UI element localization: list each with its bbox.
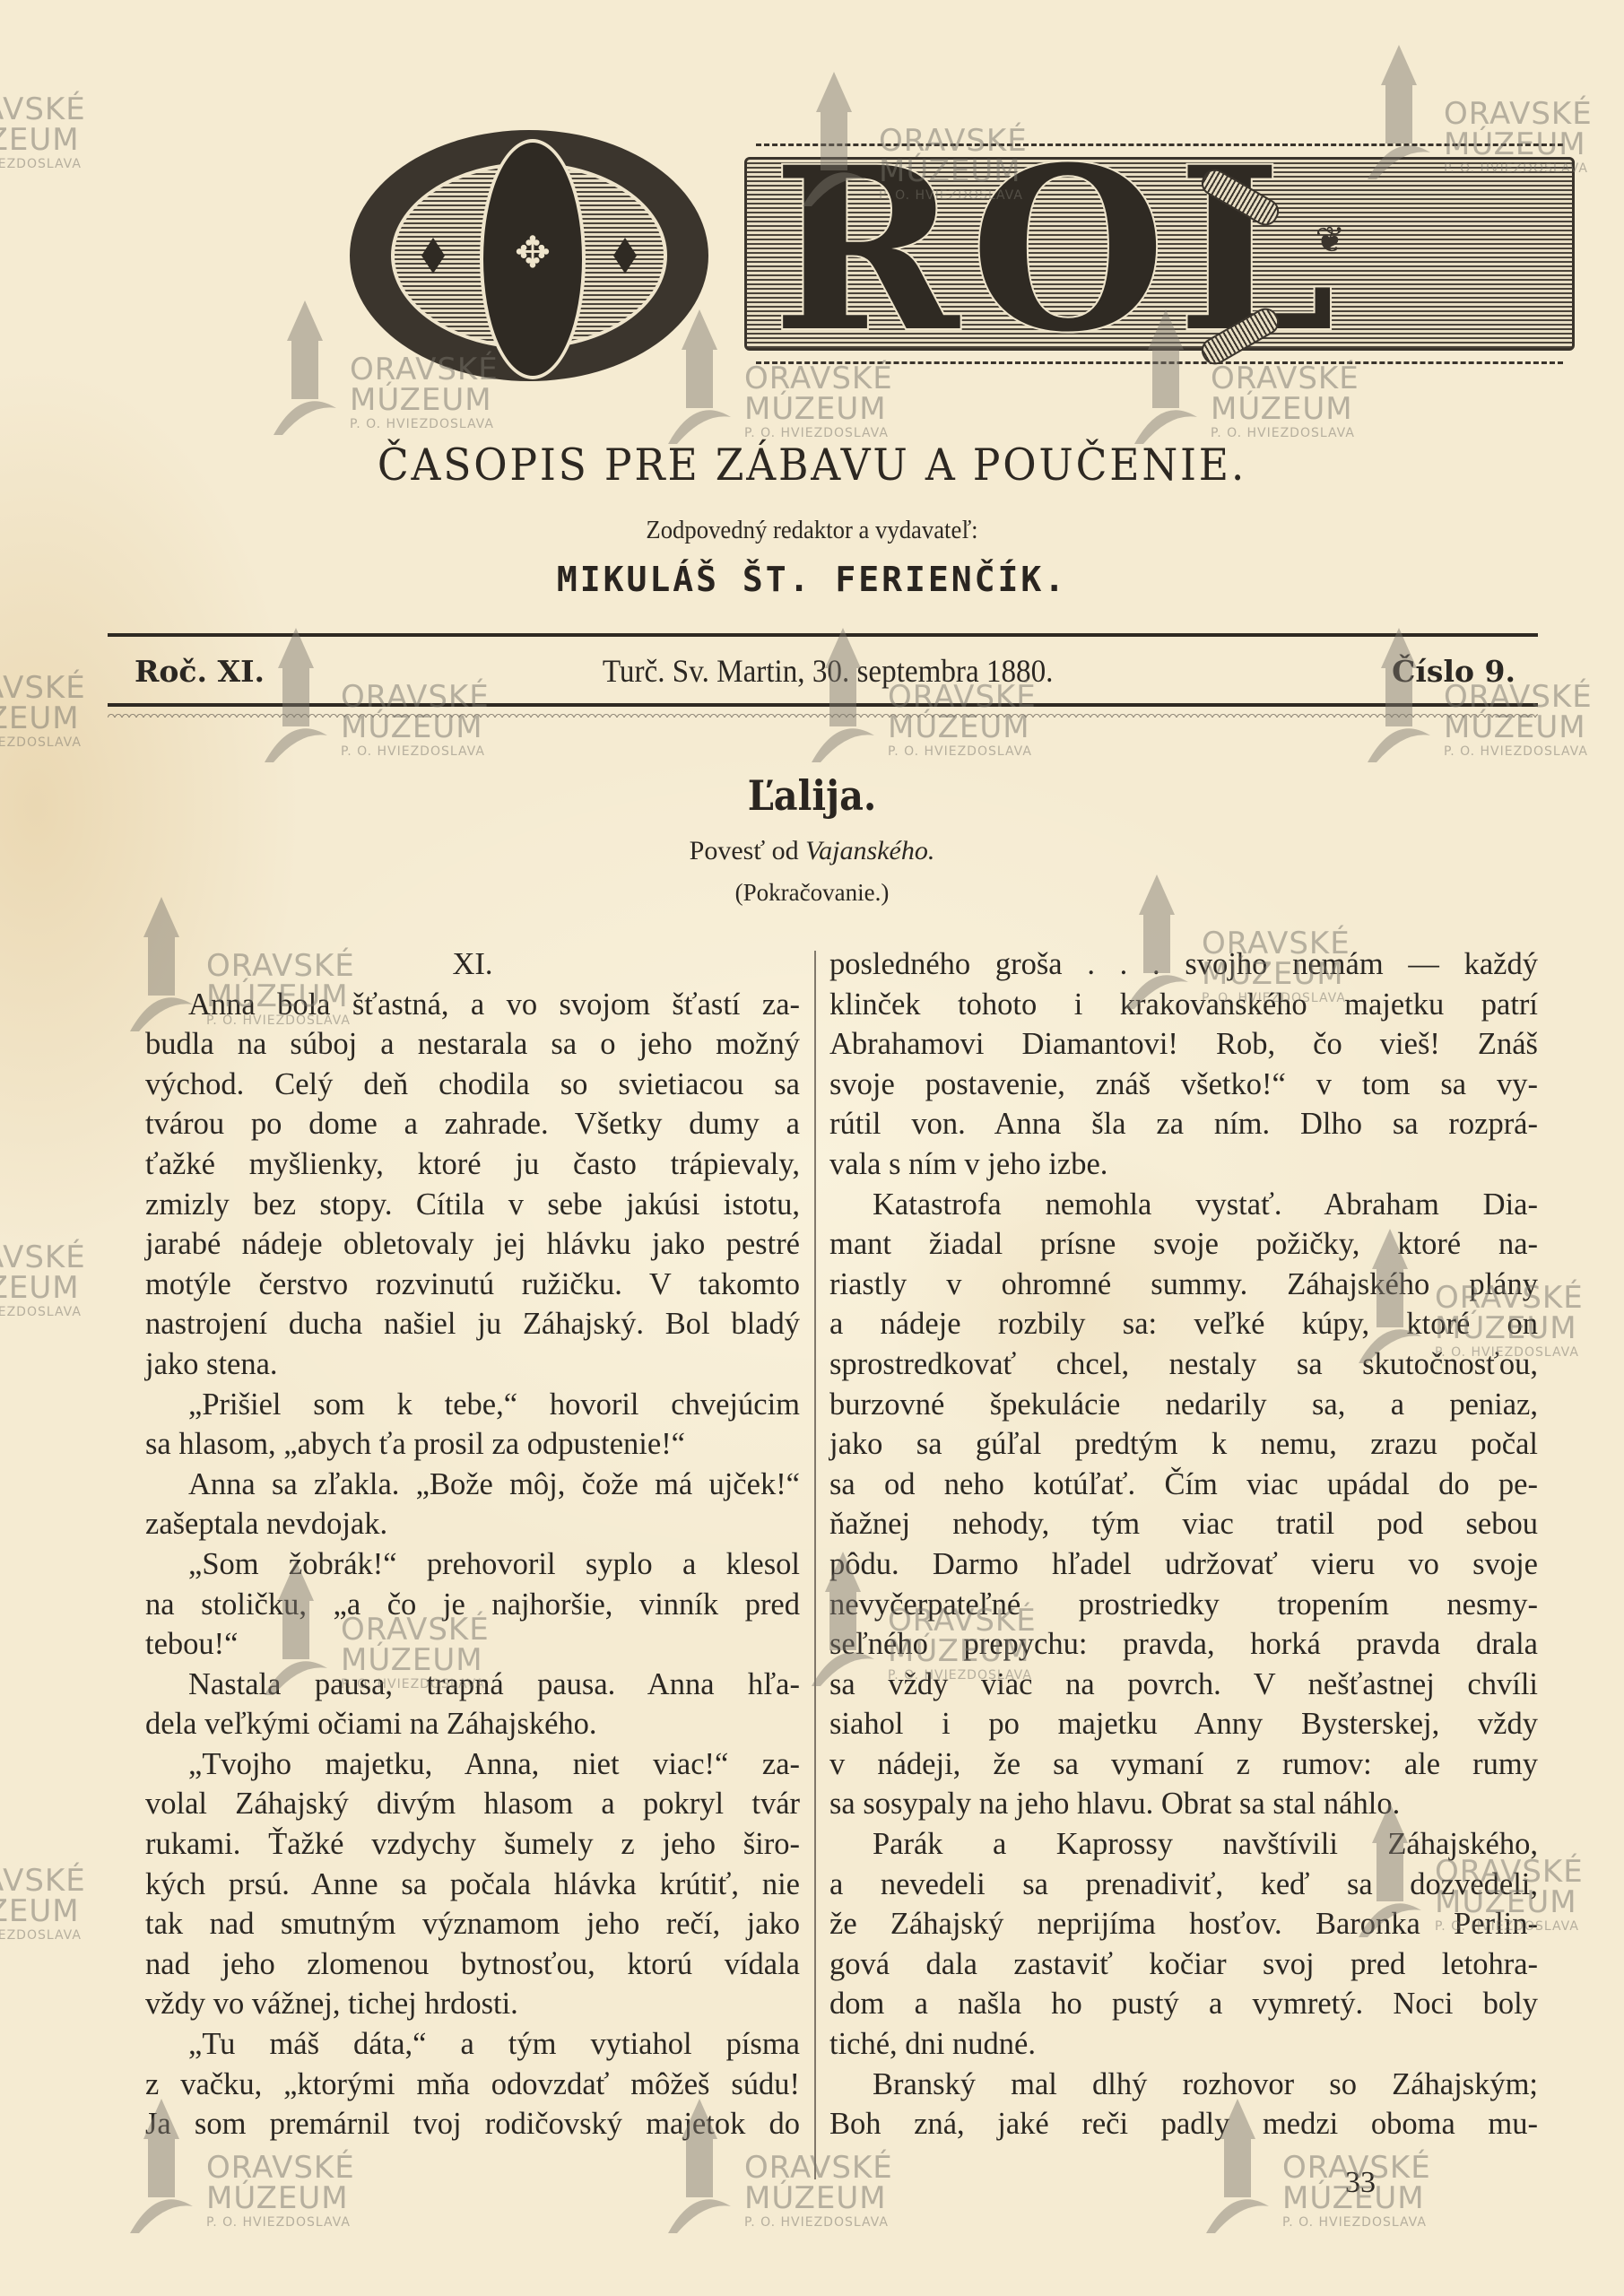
masthead-logo: R O L ❦ bbox=[296, 121, 1318, 390]
text-line: ťažké myšlienky, ktoré ju často trápieva… bbox=[145, 1144, 800, 1185]
volume-label: Roč. XI. bbox=[135, 654, 265, 689]
watermark-text: MÚZEUM bbox=[744, 394, 893, 424]
watermark-text: ORAVSKÉ bbox=[0, 673, 86, 703]
ornamental-o-initial bbox=[350, 130, 708, 381]
watermark-text: ORAVSKÉ bbox=[0, 94, 86, 125]
text-line: dom a našla ho pustý a vymretý. Noci bol… bbox=[829, 1984, 1538, 2024]
text-line: tak nad smutným významom jeho rečí, jako bbox=[145, 1904, 800, 1944]
editor-name: MIKULÁŠ ŠT. FERIENČÍK. bbox=[0, 560, 1624, 599]
issue-number: Číslo 9. bbox=[1392, 654, 1515, 689]
text-line: a nevedeli sa prenadiviť, keď sa dozvede… bbox=[829, 1865, 1538, 1905]
museum-watermark: ORAVSKÉMÚZEUMP. O. HVIEZDOSLAVA bbox=[206, 2152, 355, 2229]
chapter-heading: XI. bbox=[145, 944, 800, 985]
museum-watermark: ORAVSKÉMÚZEUMP. O. HVIEZDOSLAVA bbox=[0, 1865, 86, 1942]
masthead-letter: O bbox=[970, 137, 1175, 361]
text-line: klinček tohoto i krakovanského majetku p… bbox=[829, 985, 1538, 1025]
watermark-text: MÚZEUM bbox=[0, 125, 86, 155]
watermark-text: P. O. HVIEZDOSLAVA bbox=[0, 1929, 86, 1942]
text-line: „Prišiel som k tebe,“ hovoril chvejúcim bbox=[145, 1385, 800, 1425]
text-line: sprostredkovať chcel, nestaly sa skutočn… bbox=[829, 1344, 1538, 1385]
text-line: sa hlasom, „abych ťa prosil za odpusteni… bbox=[145, 1424, 800, 1465]
article-byline: Povesť od Vajanského. bbox=[0, 836, 1624, 866]
watermark-text: P. O. HVIEZDOSLAVA bbox=[744, 427, 893, 439]
column-divider bbox=[814, 951, 816, 2179]
text-line: rukami. Ťažké vzdychy šumely z jeho širo… bbox=[145, 1824, 800, 1865]
text-line: „Tu máš dáta,“ a tým vytiahol písma bbox=[145, 2024, 800, 2065]
flourish-icon: ❦ bbox=[1315, 220, 1345, 261]
text-line: a nádeje rozbily sa: veľké kúpy, ktoré o… bbox=[829, 1304, 1538, 1344]
text-line: východ. Celý deň chodila so svietiacou s… bbox=[145, 1065, 800, 1105]
text-line: sa vždy viac na povrch. V nešťastnej chv… bbox=[829, 1665, 1538, 1705]
text-line: v nádeji, že sa vymaní z rumov: ale rumy bbox=[829, 1744, 1538, 1785]
article-column-right: posledného groša . . . svojho nemám — ka… bbox=[829, 944, 1538, 2144]
text-line: že Záhajský neprijíma hosťov. Baronka Pe… bbox=[829, 1904, 1538, 1944]
editor-label: Zodpovedný redaktor a vydavateľ: bbox=[65, 516, 1559, 545]
watermark-text: P. O. HVIEZDOSLAVA bbox=[0, 736, 86, 749]
text-line: siahol i po majetku Anny Bysterskej, vžd… bbox=[829, 1704, 1538, 1744]
article-title: Ľalija. bbox=[82, 771, 1543, 820]
text-line: vždy vo vážnej, tichej hrdosti. bbox=[145, 1984, 800, 2024]
text-line: jako stena. bbox=[145, 1344, 800, 1385]
text-line: nastrojení ducha našiel ju Záhajský. Bol… bbox=[145, 1304, 800, 1344]
text-line: Ja som premárnil tvoj rodičovský majetok… bbox=[145, 2104, 800, 2144]
wavy-rule bbox=[108, 710, 1538, 717]
text-line: dela veľkými očiami na Záhajského. bbox=[145, 1704, 800, 1744]
watermark-text: ORAVSKÉ bbox=[206, 2152, 355, 2183]
text-line: ňažnej nehody, tým viac tratil pod sebou bbox=[829, 1504, 1538, 1544]
text-line: Abrahamovi Diamantovi! Rob, čo vieš! Zná… bbox=[829, 1024, 1538, 1065]
museum-watermark: ORAVSKÉMÚZEUMP. O. HVIEZDOSLAVA bbox=[744, 2152, 893, 2229]
watermark-text: MÚZEUM bbox=[1211, 394, 1359, 424]
watermark-text: P. O. HVIEZDOSLAVA bbox=[744, 2216, 893, 2229]
text-line: burzovné špekulácie nedarily sa, a penia… bbox=[829, 1385, 1538, 1425]
watermark-text: MÚZEUM bbox=[0, 1273, 86, 1303]
text-line: „Som žobrák!“ prehovoril syplo a klesol bbox=[145, 1544, 800, 1585]
watermark-text: P. O. HVIEZDOSLAVA bbox=[341, 745, 490, 758]
header-rule-bottom bbox=[108, 703, 1538, 707]
text-line: riastly v ohromné summy. Záhajského plán… bbox=[829, 1265, 1538, 1305]
text-line: jarabé nádeje obletovaly jej hlávku jako… bbox=[145, 1224, 800, 1265]
watermark-text: ORAVSKÉ bbox=[1444, 99, 1593, 129]
watermark-text: MÚZEUM bbox=[0, 703, 86, 734]
watermark-text: ORAVSKÉ bbox=[0, 1242, 86, 1273]
text-line: sa sosypaly na jeho hlavu. Obrat sa stal… bbox=[829, 1784, 1538, 1824]
text-line: rútil von. Anna šla za ním. Dlho sa rozp… bbox=[829, 1104, 1538, 1144]
text-line: vala s ním v jeho izbe. bbox=[829, 1144, 1538, 1185]
header-rule-top bbox=[108, 633, 1538, 637]
text-line: motýle čerstvo rozvinutú ružičku. V tako… bbox=[145, 1265, 800, 1305]
byline-prefix: Povesť od bbox=[690, 836, 799, 865]
text-line: gová dala zastaviť kočiar svoj pred leto… bbox=[829, 1944, 1538, 1985]
text-line: sa od neho kotúľať. Čím viac upádal do p… bbox=[829, 1465, 1538, 1505]
text-line: kých prsú. Anne sa počala hlávka krútiť,… bbox=[145, 1865, 800, 1905]
watermark-text: P. O. HVIEZDOSLAVA bbox=[888, 745, 1037, 758]
text-line: posledného groša . . . svojho nemám — ka… bbox=[829, 944, 1538, 985]
text-line: nad jeho zlomenou bytnosťou, ktorú vídal… bbox=[145, 1944, 800, 1985]
watermark-text: P. O. HVIEZDOSLAVA bbox=[0, 158, 86, 170]
watermark-text: P. O. HVIEZDOSLAVA bbox=[1282, 2216, 1431, 2229]
floral-ornament-icon bbox=[480, 139, 586, 379]
text-line: Katastrofa nemohla vystať. Abraham Dia- bbox=[829, 1185, 1538, 1225]
text-line: volal Záhajský divým hlasom a pokryl tvá… bbox=[145, 1784, 800, 1824]
text-line: tvárou po dome a zahrade. Všetky dumy a bbox=[145, 1104, 800, 1144]
diamond-ornament-icon bbox=[421, 238, 445, 274]
text-line: Anna bola šťastná, a vo svojom šťastí za… bbox=[145, 985, 800, 1025]
museum-watermark: ORAVSKÉMÚZEUMP. O. HVIEZDOSLAVA bbox=[0, 673, 86, 749]
watermark-text: MÚZEUM bbox=[206, 2183, 355, 2213]
text-line: Boh zná, jaké reči padly medzi oboma mu- bbox=[829, 2104, 1538, 2144]
place-date: Turč. Sv. Martin, 30. septembra 1880. bbox=[603, 652, 1054, 690]
watermark-text: P. O. HVIEZDOSLAVA bbox=[206, 2216, 355, 2229]
text-line: Nastala pausa, trapná pausa. Anna hľa- bbox=[145, 1665, 800, 1705]
diamond-ornament-icon bbox=[613, 238, 637, 274]
text-line: tiché, dni nudné. bbox=[829, 2024, 1538, 2065]
text-line: mant žiadal prísne svoje požičky, ktoré … bbox=[829, 1224, 1538, 1265]
text-line: Branský mal dlhý rozhovor so Záhajským; bbox=[829, 2065, 1538, 2105]
museum-watermark: ORAVSKÉMÚZEUMP. O. HVIEZDOSLAVA bbox=[0, 94, 86, 170]
text-line: svoje postavenie, znáš všetko!“ v tom sa… bbox=[829, 1065, 1538, 1105]
watermark-text: P. O. HVIEZDOSLAVA bbox=[350, 418, 499, 430]
text-line: z vačku, „ktorými mňa odovzdať môžeš súd… bbox=[145, 2065, 800, 2105]
watermark-text: ORAVSKÉ bbox=[744, 2152, 893, 2183]
text-line: zmizly bez stopy. Cítila v sebe jakúsi i… bbox=[145, 1185, 800, 1225]
text-line: seľného prepychu: pravda, horká pravda d… bbox=[829, 1624, 1538, 1665]
page-number: 33 bbox=[1345, 2166, 1376, 2200]
watermark-text: MÚZEUM bbox=[0, 1896, 86, 1926]
text-line: „Tvojho majetku, Anna, niet viac!“ za- bbox=[145, 1744, 800, 1785]
watermark-text: P. O. HVIEZDOSLAVA bbox=[1444, 745, 1593, 758]
museum-watermark: ORAVSKÉMÚZEUMP. O. HVIEZDOSLAVA bbox=[0, 1242, 86, 1318]
text-line: tebou!“ bbox=[145, 1624, 800, 1665]
byline-author: Vajanského. bbox=[805, 836, 934, 865]
article-column-left: XI. Anna bola šťastná, a vo svojom šťast… bbox=[145, 944, 800, 2144]
watermark-text: P. O. HVIEZDOSLAVA bbox=[1211, 427, 1359, 439]
text-line: Parák a Kaprossy navštívili Záhajského, bbox=[829, 1824, 1538, 1865]
watermark-text: MÚZEUM bbox=[744, 2183, 893, 2213]
text-line: na stoličku, „a čo je najhoršie, vinník … bbox=[145, 1585, 800, 1625]
text-line: jako sa gúľal predtým k nemu, zrazu poča… bbox=[829, 1424, 1538, 1465]
text-line: zašeptala nevdojak. bbox=[145, 1504, 800, 1544]
text-line: budla na súboj a nestarala sa o jeho mož… bbox=[145, 1024, 800, 1065]
issue-info-bar: Roč. XI. Turč. Sv. Martin, 30. septembra… bbox=[135, 644, 1515, 698]
watermark-text: ORAVSKÉ bbox=[0, 1865, 86, 1896]
continuation-note: (Pokračovanie.) bbox=[0, 879, 1624, 907]
text-line: nevyčerpateľné prostriedky tropením nesm… bbox=[829, 1585, 1538, 1625]
masthead-letter: R bbox=[772, 137, 968, 361]
watermark-text: P. O. HVIEZDOSLAVA bbox=[0, 1306, 86, 1318]
text-line: Anna sa zľakla. „Bože môj, čože má ujček… bbox=[145, 1465, 800, 1505]
text-line: pôdu. Darmo hľadel udržovať vieru vo svo… bbox=[829, 1544, 1538, 1585]
publication-subtitle: ČASOPIS PRE ZÁBAVU A POUČENIE. bbox=[56, 439, 1567, 491]
